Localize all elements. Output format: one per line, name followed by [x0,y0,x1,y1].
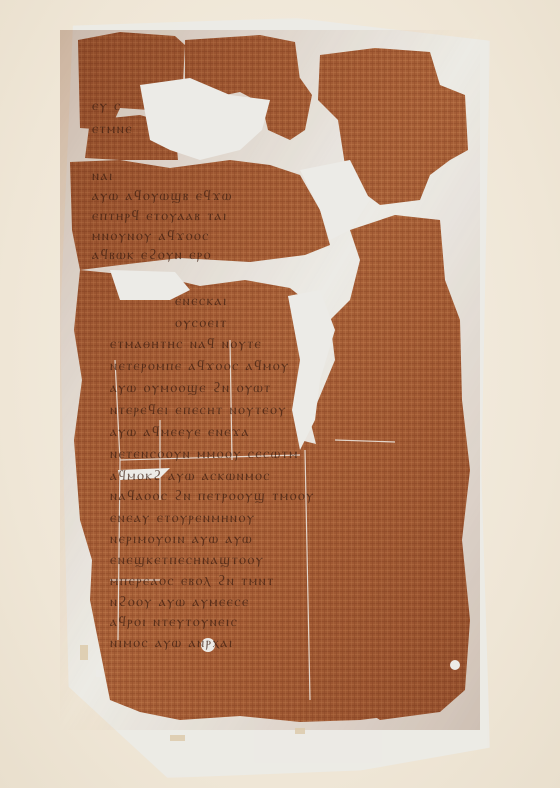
papyrus-leaf [0,0,560,788]
